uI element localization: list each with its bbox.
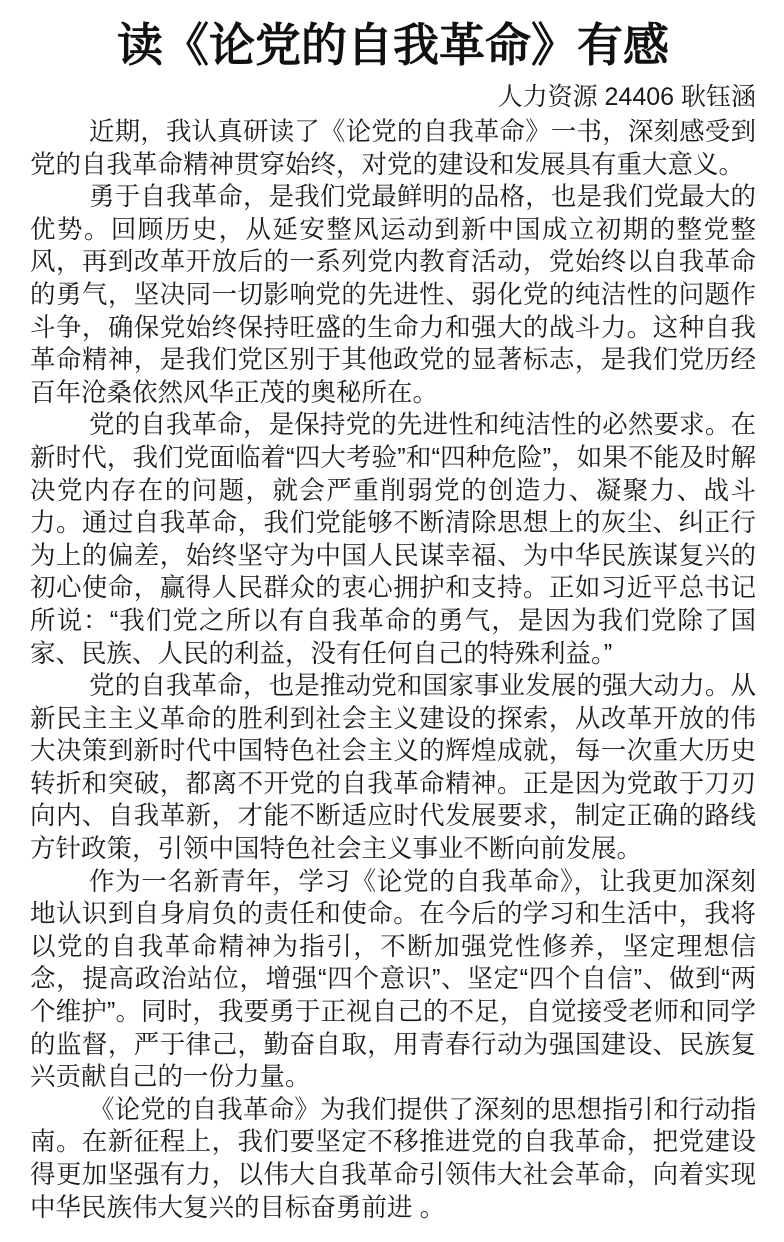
document-page: 读《论党的自我革命》有感 人力资源 24406 耿钰涵 近期，我认真研读了《论党… xyxy=(0,0,784,1242)
paragraph-inevitable-requirement: 党的自我革命，是保持党的先进性和纯洁性的必然要求。在新时代，我们党面临着“四大考… xyxy=(30,409,756,670)
document-title: 读《论党的自我革命》有感 xyxy=(30,14,756,76)
paragraph-courage-of-self-revolution: 勇于自我革命，是我们党最鲜明的品格，也是我们党最大的优势。回顾历史，从延安整风运… xyxy=(30,181,756,409)
paragraph-intro: 近期，我认真研读了《论党的自我革命》一书，深刻感受到党的自我革命精神贯穿始终，对… xyxy=(30,116,756,181)
paragraph-driving-force: 党的自我革命，也是推动党和国家事业发展的强大动力。从新民主主义革命的胜利到社会主… xyxy=(30,670,756,866)
paragraph-personal-reflection: 作为一名新青年，学习《论党的自我革命》，让我更加深刻地认识到自身肩负的责任和使命… xyxy=(30,866,756,1094)
byline-author: 人力资源 24406 耿钰涵 xyxy=(30,80,756,114)
document-body: 近期，我认真研读了《论党的自我革命》一书，深刻感受到党的自我革命精神贯穿始终，对… xyxy=(30,116,756,1224)
paragraph-conclusion: 《论党的自我革命》为我们提供了深刻的思想指引和行动指南。在新征程上，我们要坚定不… xyxy=(30,1094,756,1224)
